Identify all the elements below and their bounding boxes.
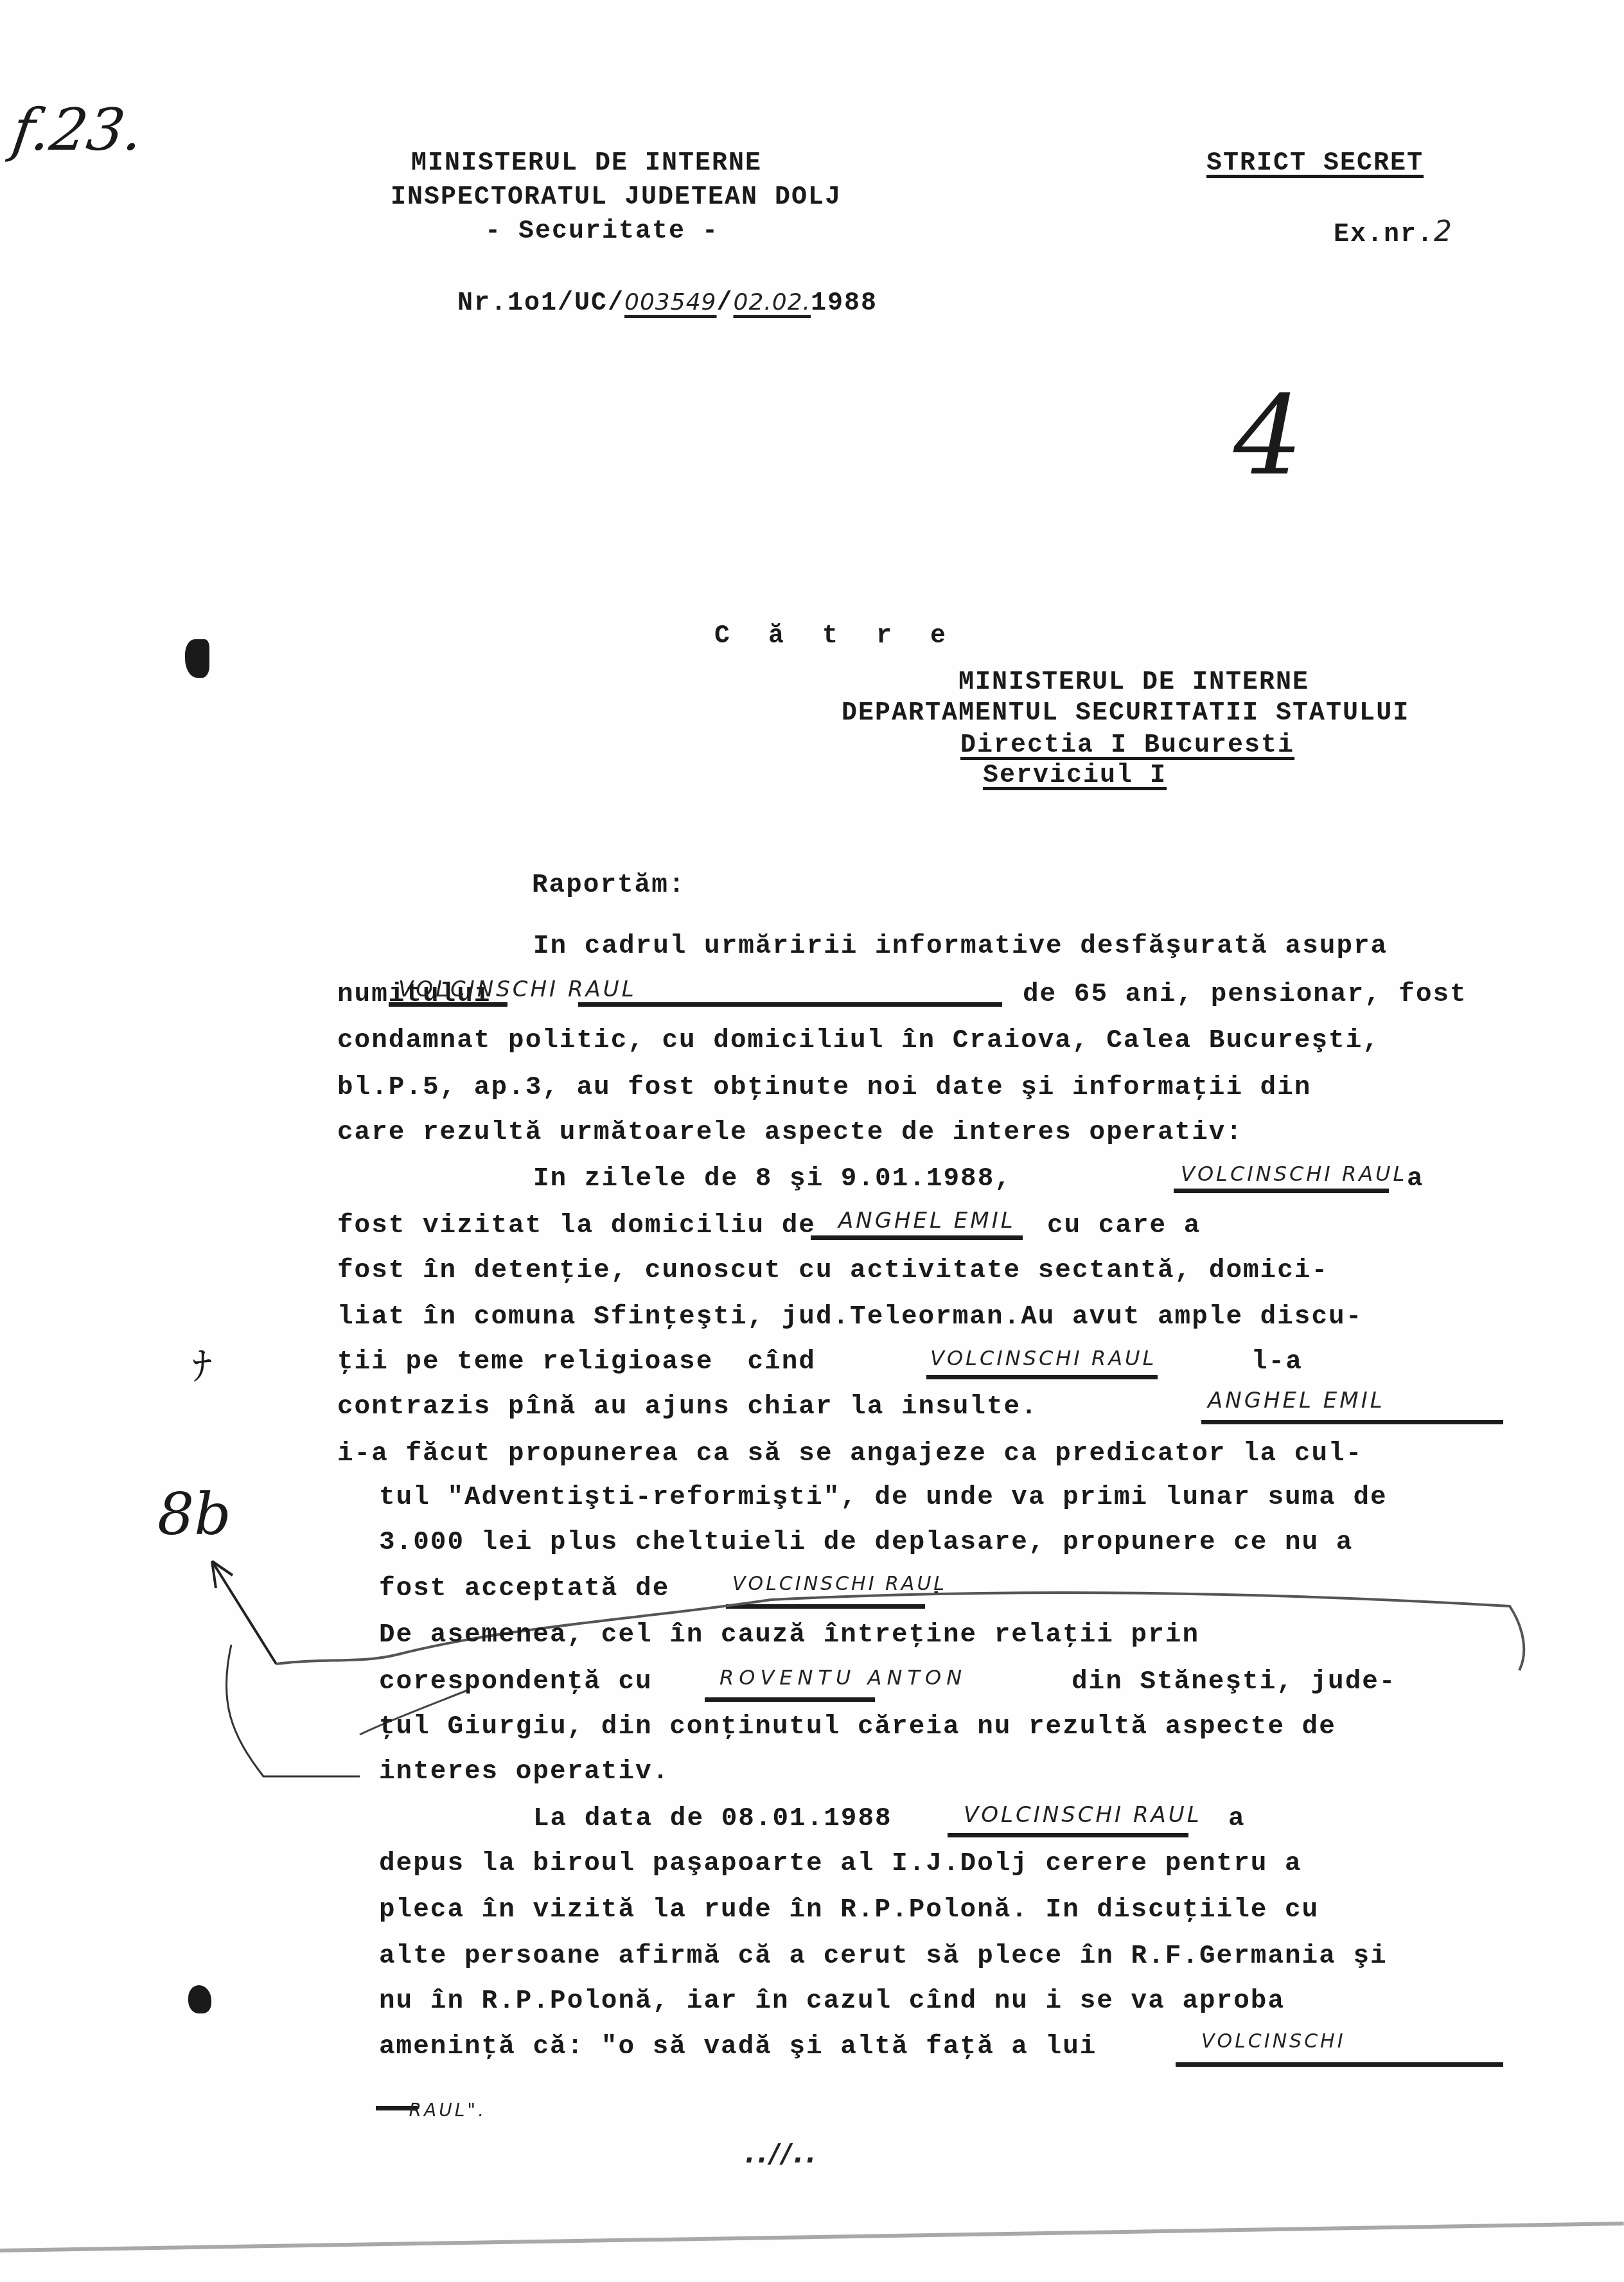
handwritten-name: ROVENTU ANTON	[719, 1665, 967, 1690]
handwritten-page-mark: 4	[1233, 373, 1303, 500]
body-line: tul "Adventişti-reformişti", de unde va …	[379, 1483, 1388, 1512]
body-line: bl.P.5, ap.3, au fost obţinute noi date …	[337, 1073, 1311, 1102]
recipient-salutation: C ă t r e	[714, 622, 957, 651]
opening-line: Raportăm:	[532, 871, 685, 900]
ref-sep: /	[717, 289, 734, 318]
name-blank	[1201, 1420, 1503, 1424]
name-blank	[705, 1697, 875, 1702]
punch-mark	[185, 639, 209, 678]
body-line: alte persoane afirmă că a cerut să plece…	[379, 1941, 1388, 1971]
handwritten-name: VOLCINSCHI RAUL	[964, 1802, 1202, 1828]
body-line: fost vizitat la domiciliu de	[337, 1211, 816, 1241]
handwritten-name: VOLCINSCHI RAUL	[930, 1346, 1156, 1370]
handwritten-name-part: RAUL	[409, 2100, 468, 2121]
punch-mark	[188, 1985, 211, 2013]
body-line: ţul Giurgiu, din conţinutul căreia nu re…	[379, 1712, 1336, 1742]
body-line: i-a făcut propunerea ca să se angajeze c…	[337, 1439, 1363, 1469]
header-reference: Nr.1o1/UC/003549/02.02.1988	[391, 260, 878, 347]
body-line: corespondenţă cu	[379, 1667, 653, 1697]
ref-prefix: Nr.1o1/UC/	[457, 289, 624, 318]
ref-number: 003549	[624, 289, 716, 315]
document-page: f.23. MINISTERUL DE INTERNE INSPECTORATU…	[0, 0, 1624, 2282]
name-blank	[578, 1002, 1002, 1007]
body-line: interes operativ.	[379, 1757, 669, 1787]
body-line: cu care a	[1047, 1211, 1201, 1241]
folio-mark: f.23.	[8, 96, 148, 164]
body-line: fost în detenţie, cunoscut cu activitate…	[337, 1256, 1328, 1286]
body-line: In zilele de 8 şi 9.01.1988,	[533, 1164, 1012, 1194]
recipient-ministry: MINISTERUL DE INTERNE	[958, 668, 1309, 697]
header-inspectorate: INSPECTORATUL JUDETEAN DOLJ	[391, 183, 842, 212]
handwritten-name: VOLCINSCHI	[1201, 2030, 1345, 2053]
continuation-mark: ..//..	[745, 2139, 818, 2169]
recipient-department: DEPARTAMENTUL SECURITATII STATULUI	[842, 699, 1409, 728]
copy-number-value: 2	[1434, 215, 1454, 248]
body-line: l-a	[1251, 1347, 1303, 1377]
name-blank	[811, 1235, 1023, 1240]
margin-note: 8b	[157, 1481, 231, 1548]
body-line: liat în comuna Sfinţeşti, jud.Teleorman.…	[337, 1302, 1363, 1332]
handwritten-name: RAUL".	[376, 2078, 486, 2142]
handwritten-name: ANGHEL EMIL	[838, 1208, 1016, 1234]
body-line: ţii pe teme religioase cînd	[337, 1347, 816, 1377]
recipient-directorate: Directia I Bucuresti	[960, 731, 1294, 760]
body-line: La data de 08.01.1988	[533, 1804, 892, 1834]
name-blank	[1176, 2062, 1503, 2067]
handwritten-name: VOLCINSCHI RAUL	[398, 977, 637, 1002]
copy-label: Ex.nr.	[1334, 220, 1434, 249]
body-line: ameninţă că: "o să vadă şi altă faţă a l…	[379, 2032, 1097, 2062]
handwritten-name: ANGHEL EMIL	[1208, 1388, 1385, 1413]
body-line: condamnat politic, cu domiciliul în Crai…	[337, 1026, 1380, 1056]
body-line: nu în R.P.Polonă, iar în cazul cînd nu i…	[379, 1986, 1285, 2016]
body-line: contrazis pînă au ajuns chiar la insulte…	[337, 1392, 1038, 1422]
header-ministry: MINISTERUL DE INTERNE	[411, 149, 762, 178]
name-blank	[389, 1002, 507, 1007]
body-line: In cadrul urmăririi informative desfăşur…	[533, 932, 1388, 961]
name-blank	[948, 1833, 1188, 1837]
copy-number: Ex.nr.2	[1267, 186, 1454, 278]
body-line: De asemenea, cel în cauză întreţine rela…	[379, 1620, 1199, 1650]
scan-page-edge	[0, 2222, 1624, 2252]
recipient-service: Serviciul I	[983, 761, 1167, 790]
ref-year: 1988	[811, 289, 878, 318]
body-line: de 65 ani, pensionar, fost	[1023, 980, 1467, 1009]
body-line: care rezultă următoarele aspecte de inte…	[337, 1118, 1243, 1147]
punch-mark: ﾅ	[193, 1336, 212, 1392]
ref-date: 02.02.	[734, 289, 811, 315]
body-line: din Stăneşti, jude-	[1072, 1667, 1396, 1697]
name-blank	[926, 1375, 1158, 1379]
name-blank	[1174, 1189, 1389, 1193]
header-department: - Securitate -	[485, 217, 719, 246]
body-line: pleca în vizită la rude în R.P.Polonă. I…	[379, 1895, 1319, 1925]
classification-stamp: STRICT SECRET	[1206, 149, 1424, 178]
body-line: a	[1228, 1804, 1246, 1834]
body-line: depus la biroul paşapoarte al I.J.Dolj c…	[379, 1849, 1302, 1879]
body-line: a	[1407, 1164, 1424, 1194]
handwritten-name: VOLCINSCHI RAUL	[1181, 1162, 1407, 1186]
closing-quote: ".	[467, 2100, 486, 2121]
